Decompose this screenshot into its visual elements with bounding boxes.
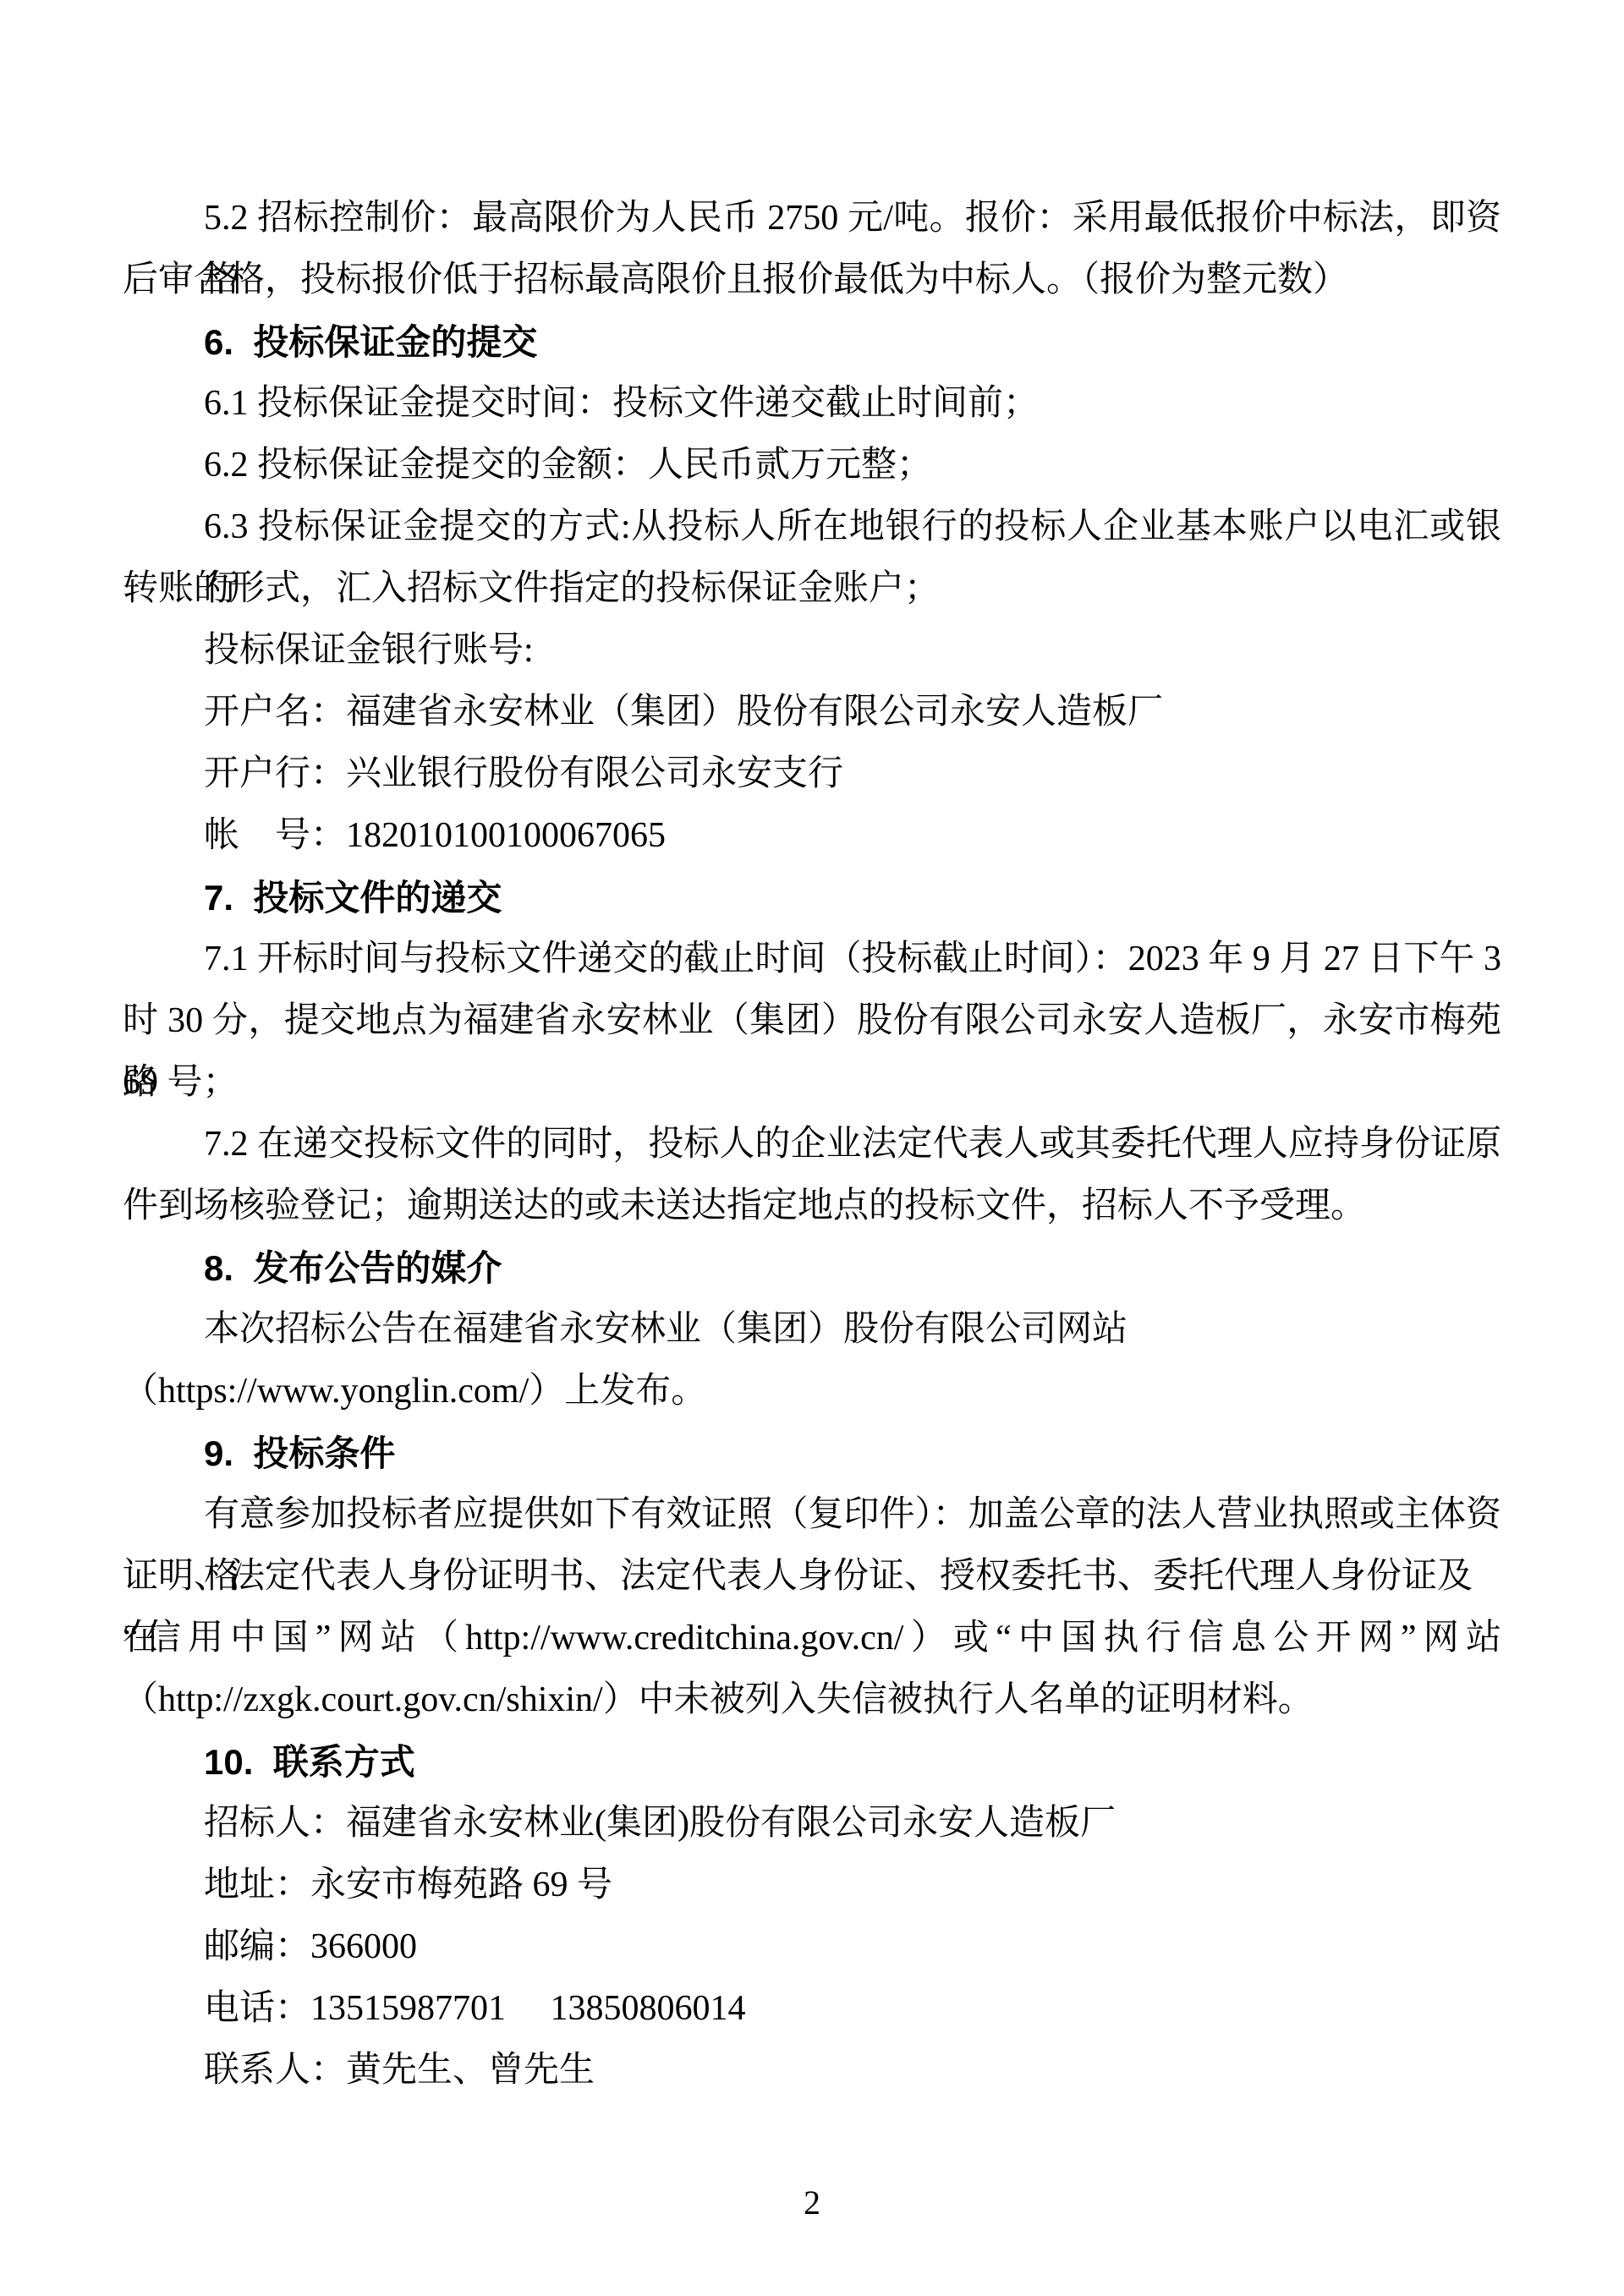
- section-heading: 10. 联系方式: [123, 1731, 1501, 1793]
- document-line: （http://zxgk.court.gov.cn/shixin/）中未被列入失…: [123, 1669, 1501, 1731]
- page-number: 2: [0, 2172, 1624, 2233]
- section-heading: 7. 投标文件的递交: [123, 867, 1501, 929]
- document-line: 电话：13515987701 13850806014: [123, 1978, 1501, 2040]
- document-line: 6.3 投标保证金提交的方式:从投标人所在地银行的投标人企业基本账户以电汇或银行: [123, 496, 1501, 558]
- section-heading: 8. 发布公告的媒介: [123, 1237, 1501, 1299]
- document-line: 6.2 投标保证金提交的金额：人民币贰万元整；: [123, 435, 1501, 496]
- document-line: 时 30 分，提交地点为福建省永安林业（集团）股份有限公司永安人造板厂，永安市梅…: [123, 990, 1501, 1052]
- document-line: 6.1 投标保证金提交时间：投标文件递交截止时间前；: [123, 373, 1501, 435]
- document-line: 件到场核验登记；逾期送达的或未送达指定地点的投标文件，招标人不予受理。: [123, 1175, 1501, 1237]
- document-line: “信用中国”网站（http://www.creditchina.gov.cn/）…: [123, 1608, 1501, 1669]
- document-line: 7.1 开标时间与投标文件递交的截止时间（投标截止时间）：2023 年 9 月 …: [123, 929, 1501, 990]
- document-line: 转账的形式，汇入招标文件指定的投标保证金账户；: [123, 558, 1501, 620]
- document-body: 5.2 招标控制价：最高限价为人民币 2750 元/吨。报价：采用最低报价中标法…: [123, 188, 1501, 2101]
- document-line: 69 号；: [123, 1052, 1501, 1114]
- document-line: 招标人：福建省永安林业(集团)股份有限公司永安人造板厂: [123, 1793, 1501, 1855]
- document-line: 5.2 招标控制价：最高限价为人民币 2750 元/吨。报价：采用最低报价中标法…: [123, 188, 1501, 249]
- document-line: （https://www.yonglin.com/）上发布。: [123, 1361, 1501, 1422]
- document-line: 开户行：兴业银行股份有限公司永安支行: [123, 743, 1501, 805]
- section-heading: 9. 投标条件: [123, 1422, 1501, 1484]
- document-line: 7.2 在递交投标文件的同时，投标人的企业法定代表人或其委托代理人应持身份证原: [123, 1114, 1501, 1175]
- document-line: 有意参加投标者应提供如下有效证照（复印件）：加盖公章的法人营业执照或主体资格: [123, 1484, 1501, 1546]
- document-line: 证明、法定代表人身份证明书、法定代表人身份证、授权委托书、委托代理人身份证及在: [123, 1546, 1501, 1608]
- document-line: 地址：永安市梅苑路 69 号: [123, 1855, 1501, 1916]
- document-line: 开户名：福建省永安林业（集团）股份有限公司永安人造板厂: [123, 682, 1501, 743]
- document-line: 后审合格，投标报价低于招标最高限价且报价最低为中标人。（报价为整元数）: [123, 249, 1501, 311]
- document-page: 5.2 招标控制价：最高限价为人民币 2750 元/吨。报价：采用最低报价中标法…: [0, 0, 1624, 2296]
- document-line: 邮编：366000: [123, 1916, 1501, 1978]
- document-line: 投标保证金银行账号:: [123, 620, 1501, 682]
- document-line: 联系人：黄先生、曾先生: [123, 2040, 1501, 2101]
- section-heading: 6. 投标保证金的提交: [123, 311, 1501, 373]
- document-line: 帐 号：182010100100067065: [123, 805, 1501, 867]
- document-line: 本次招标公告在福建省永安林业（集团）股份有限公司网站: [123, 1299, 1501, 1361]
